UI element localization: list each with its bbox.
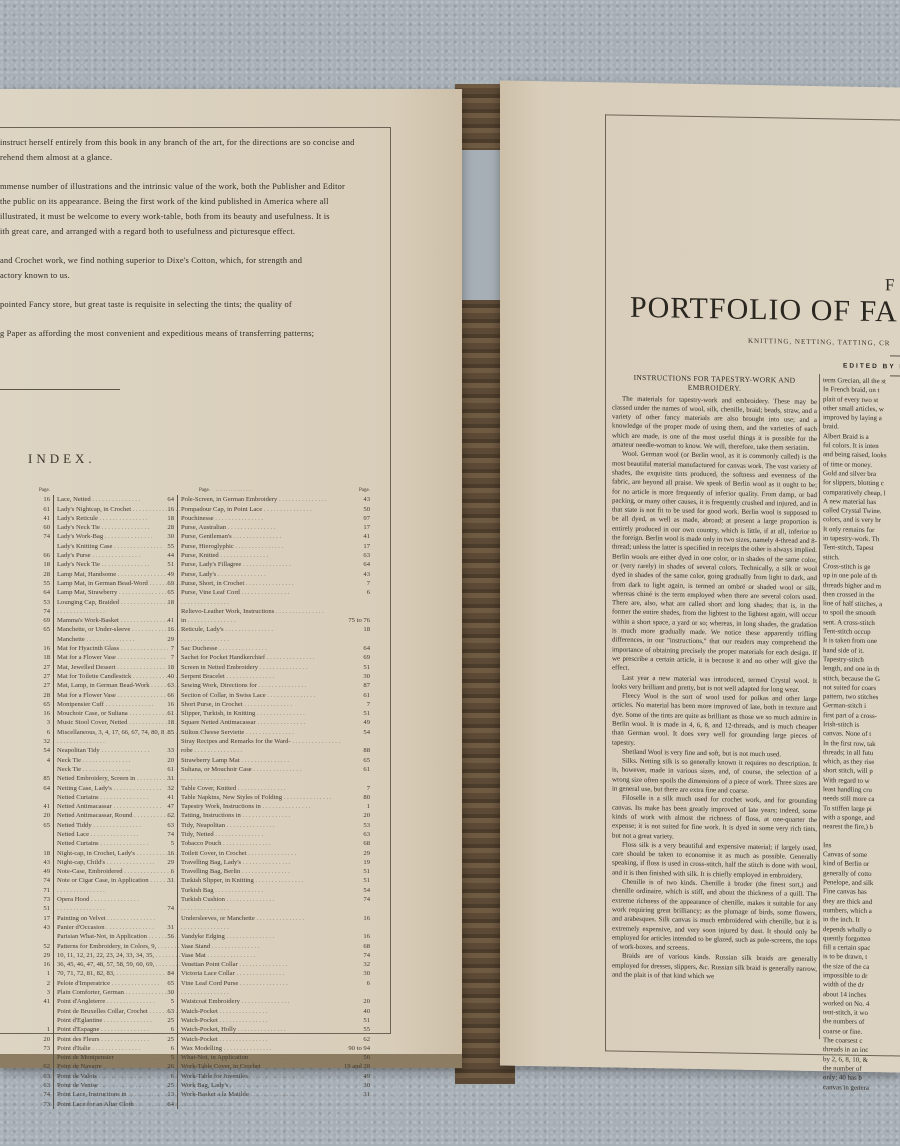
- page-number: 64: [0, 784, 53, 793]
- entry-title: Square Netted Antimacassar: [177, 718, 342, 727]
- page-number: 74: [0, 532, 53, 541]
- page-number: [160, 886, 177, 895]
- entry-title: Slipper, Turkish, in Knitting: [177, 709, 342, 718]
- entry-title: Tatting, Instructions in: [177, 811, 342, 820]
- page-number: 51: [342, 867, 370, 876]
- index-entry: 85Stilton Cheese Serviette54: [160, 728, 370, 737]
- page-number: 73: [0, 1100, 53, 1109]
- page-number: 16: [0, 960, 53, 969]
- page-number: 25: [160, 1016, 177, 1025]
- page-number: 61: [342, 691, 370, 700]
- page-number: 62: [0, 1062, 53, 1071]
- index-entry: 62Tatting, Instructions in20: [160, 811, 370, 820]
- preface-line: mmense number of illustrations and the i…: [0, 180, 390, 194]
- index-entry: 6Wax Modelling90 to 94: [160, 1044, 370, 1053]
- entry-title: Reticule, Lady's: [177, 625, 342, 634]
- page-number: 18: [160, 663, 177, 672]
- page-number: 69: [342, 653, 370, 662]
- entry-title: Purse, Australian: [177, 523, 342, 532]
- index-entry: 6Work-Table for Juveniles49: [160, 1072, 370, 1081]
- page-number: 30: [160, 532, 177, 541]
- entry-title: Work-Table Cover, in Crochet: [177, 1062, 342, 1071]
- page-number: 16: [160, 849, 177, 858]
- index-entry: 31: [160, 774, 370, 783]
- preface-line: illustrated, it must be welcome to every…: [0, 210, 390, 224]
- article-column-1: INSTRUCTIONS FOR TAPESTRY-WORK AND EMBRO…: [612, 372, 817, 983]
- page-number: 4: [0, 756, 53, 765]
- page-number: 7: [342, 700, 370, 709]
- index-entry: 5What-Not, in Application56: [160, 1053, 370, 1062]
- page-number: 74: [160, 830, 177, 839]
- page-number: [160, 607, 177, 616]
- page-number: 66: [160, 691, 177, 700]
- entry-title: Victoria Lace Collar: [177, 969, 342, 978]
- entry-title: Travelling Bag, Berlin: [177, 867, 342, 876]
- entry-title: [177, 635, 342, 644]
- page-header: Page.: [342, 486, 370, 495]
- page-number: 41: [0, 802, 53, 811]
- article-column-2: term Grecian, all the stIn French braid,…: [823, 376, 900, 1094]
- page-number: 29: [160, 635, 177, 644]
- page-header: Page.: [0, 486, 53, 495]
- index-entry: 25Watch-Pocket51: [160, 1016, 370, 1025]
- index-entry: 49Purse, Lady's43: [160, 570, 370, 579]
- page-number: 68: [342, 942, 370, 951]
- article-paragraph: Floss silk is a very beautiful and expen…: [612, 840, 817, 881]
- page-number: 20: [160, 756, 177, 765]
- page-number: 74: [160, 904, 177, 913]
- page-number: 51: [342, 876, 370, 885]
- page-number: [0, 542, 53, 551]
- entry-title: Venetian Point Collar: [177, 960, 342, 969]
- page-number: 63: [160, 681, 177, 690]
- page-number: 64: [160, 495, 177, 504]
- page-number: 88: [342, 746, 370, 755]
- page-number: [342, 737, 370, 746]
- index-entry: 16Toilett Cover, in Crochet29: [160, 849, 370, 858]
- page-number: 29: [342, 849, 370, 858]
- entry-title: Purse, Knitted: [177, 551, 342, 560]
- page-number: 69: [0, 616, 53, 625]
- index-entry: 84Victoria Lace Collar30: [160, 969, 370, 978]
- page-number: [342, 607, 370, 616]
- page-number: 74: [0, 1090, 53, 1099]
- page-number: 6: [342, 588, 370, 597]
- index-entry: 56Vandyke Edging16: [160, 932, 370, 941]
- entry-title: Purse, Short, in Crochet: [177, 579, 342, 588]
- page-number: 80: [342, 793, 370, 802]
- entry-title: Relievo-Leather Work, Instructions: [177, 607, 342, 616]
- index-entry: 20Strawberry Lamp Mat65: [160, 756, 370, 765]
- preface-line: and Crochet work, we find nothing superi…: [0, 254, 390, 268]
- page-number: [160, 737, 177, 746]
- page-number: 29: [0, 951, 53, 960]
- column-rule: [819, 374, 820, 1039]
- article-paragraph: Chenille is of two kinds. Chenille à bro…: [612, 877, 817, 955]
- page-number: 19: [342, 858, 370, 867]
- page-number: 41: [342, 532, 370, 541]
- page-number: 55: [160, 542, 177, 551]
- index-entry: Venetian Point Collar32: [160, 960, 370, 969]
- page-number: [0, 793, 53, 802]
- page-number: 18: [342, 625, 370, 634]
- page-number: 62: [342, 1035, 370, 1044]
- index-entry: 29Travelling Bag, Lady's19: [160, 858, 370, 867]
- entry-title: Table Cover, Knitted: [177, 784, 342, 793]
- page-number: 55: [342, 1025, 370, 1034]
- page-number: 18: [0, 560, 53, 569]
- page-number: 54: [342, 886, 370, 895]
- page-number: 73: [0, 895, 53, 904]
- entry-title: Vine Leaf Cord Purse: [177, 979, 342, 988]
- page-number: [342, 598, 370, 607]
- page-number: 44: [160, 551, 177, 560]
- page-number: 49: [342, 718, 370, 727]
- page-number: 54: [0, 746, 53, 755]
- book-title: PORTFOLIO OF FA: [630, 291, 898, 330]
- page-number: 74: [0, 876, 53, 885]
- page-number: 16: [342, 914, 370, 923]
- page-number: [342, 923, 370, 932]
- page-number: [0, 1007, 53, 1016]
- page-number: 53: [0, 598, 53, 607]
- index-entry: 74: [160, 904, 370, 913]
- entry-title: Screen in Netted Embroidery: [177, 663, 342, 672]
- page-number: 18: [160, 514, 177, 523]
- entry-title: Watch-Pocket: [177, 1007, 342, 1016]
- page-number: [160, 960, 177, 969]
- page-number: [0, 1053, 53, 1062]
- page-number: [342, 904, 370, 913]
- index-entry: 25Work Bag, Lady's30: [160, 1081, 370, 1090]
- page-number: [342, 1100, 370, 1109]
- entry-title: What-Not, in Application: [177, 1053, 342, 1062]
- entry-title: Watch-Pocket: [177, 1035, 342, 1044]
- page-number: 17: [342, 542, 370, 551]
- entry-title: Watch-Pocket: [177, 1016, 342, 1025]
- index-entry: 7Sac Duchesse64: [160, 644, 370, 653]
- page-number: [0, 635, 53, 644]
- page-number: 41: [0, 997, 53, 1006]
- index-entry: 6Watch-Pocket, Holly55: [160, 1025, 370, 1034]
- page-number: 31: [160, 774, 177, 783]
- page-number: 32: [0, 737, 53, 746]
- page-number: 65: [0, 625, 53, 634]
- page-number: 28: [0, 570, 53, 579]
- page-number: 1: [0, 969, 53, 978]
- entry-title: Vase Mat: [177, 951, 342, 960]
- index-entry: 30Purse, Gentleman's41: [160, 532, 370, 541]
- entry-title: [177, 904, 342, 913]
- page-number: 5: [160, 839, 177, 848]
- entry-title: Turkish Slipper, in Knitting: [177, 876, 342, 885]
- page-number: 1: [0, 1025, 53, 1034]
- page-number: [0, 1016, 53, 1025]
- entry-title: Purse, Hieroglyphic: [177, 542, 342, 551]
- index-entry: 40Serpent Bracelet30: [160, 672, 370, 681]
- index-entry: 16Reticule, Lady's18: [160, 625, 370, 634]
- page-number: 85: [160, 728, 177, 737]
- page-number: 51: [160, 560, 177, 569]
- index-entry: 16Pompadour Cap, in Point Lace50: [160, 505, 370, 514]
- entry-title: Section of Collar, in Swiss Lace: [177, 691, 342, 700]
- entry-title: Vase Stand: [177, 942, 342, 951]
- page-number: 73: [0, 1044, 53, 1053]
- page-number: 49: [0, 867, 53, 876]
- entry-title: Short Purse, in Crochet: [177, 700, 342, 709]
- index-entry: 26Work-Table Cover, in Crochet19 and 28: [160, 1062, 370, 1071]
- index-entry: 55Purse, Hieroglyphic17: [160, 542, 370, 551]
- index-entry: 31Turkish Slipper, in Knitting51: [160, 876, 370, 885]
- entry-title: Purse, Gentleman's: [177, 532, 342, 541]
- entry-title: Work-Table for Juveniles: [177, 1072, 342, 1081]
- page-number: 17: [342, 523, 370, 532]
- page-number: 69: [160, 579, 177, 588]
- page-number: 85: [0, 774, 53, 783]
- index-column-2: Page.Page.64Pole-Screen, in German Embro…: [160, 486, 370, 1109]
- page-number: 6: [160, 867, 177, 876]
- page-number: 41: [160, 793, 177, 802]
- page-number: [160, 951, 177, 960]
- right-page: FRANK PORTFOLIO OF FA KNITTING, NETTING,…: [500, 81, 900, 1073]
- preface-line: rehend them almost at a glance.: [0, 151, 390, 165]
- page-number: 50: [342, 505, 370, 514]
- page-number: [0, 830, 53, 839]
- page-number: 55: [0, 579, 53, 588]
- page-number: 16: [160, 700, 177, 709]
- entry-title: Purse, Lady's: [177, 570, 342, 579]
- page-number: 16: [0, 495, 53, 504]
- entry-title: Watch-Pocket, Holly: [177, 1025, 342, 1034]
- article-paragraph: The materials for tapestry-work and embr…: [612, 394, 817, 453]
- index-entry: 64Pole-Screen, in German Embroidery43: [160, 495, 370, 504]
- divider-rule: [0, 389, 120, 390]
- entry-title: Tidy, Netted: [177, 830, 342, 839]
- page-number: 90 to 94: [342, 1044, 370, 1053]
- article-heading: INSTRUCTIONS FOR TAPESTRY-WORK AND EMBRO…: [612, 372, 817, 394]
- page-number: 28: [0, 691, 53, 700]
- index-entry: 33robe88: [160, 746, 370, 755]
- index-entry: Vase Mat74: [160, 951, 370, 960]
- entry-title: Serpent Bracelet: [177, 672, 342, 681]
- index-entry: 32Table Cover, Knitted7: [160, 784, 370, 793]
- page-number: 61: [160, 765, 177, 774]
- index-entry: 18Square Netted Antimacassar49: [160, 718, 370, 727]
- preface-line: the public on its appearance. Being the …: [0, 195, 390, 209]
- page-number: 27: [0, 663, 53, 672]
- page-number: 65: [0, 821, 53, 830]
- page-number: 74: [342, 951, 370, 960]
- entry-title: Pouchinesse: [177, 514, 342, 523]
- index-entry: 47Tapestry Work, Instructions in1: [160, 802, 370, 811]
- index-entry: 63Tidy, Neapolitan53: [160, 821, 370, 830]
- page-number: 20: [0, 811, 53, 820]
- page-number: 27: [0, 672, 53, 681]
- page-number: 32: [342, 960, 370, 969]
- index-entry: 31: [160, 923, 370, 932]
- page-number: 52: [0, 942, 53, 951]
- page-number: 6: [160, 1072, 177, 1081]
- page-number: 84: [160, 969, 177, 978]
- index-entry: 18Screen in Netted Embroidery51: [160, 663, 370, 672]
- index-entry: 65Purse, Vine Leaf Cord6: [160, 588, 370, 597]
- entry-title: Tapestry Work, Instructions in: [177, 802, 342, 811]
- index-entry: 51Purse, Lady's Fillagree64: [160, 560, 370, 569]
- article-paragraph: Braids are of various kinds. Russian sil…: [612, 952, 817, 983]
- page-number: 64: [342, 560, 370, 569]
- index-entry: Stray Recipes and Remarks for the Ward-: [160, 737, 370, 746]
- page-number: 65: [160, 588, 177, 597]
- page-number: 51: [342, 663, 370, 672]
- index-entry: 44Purse, Knitted63: [160, 551, 370, 560]
- page-number: 41: [160, 616, 177, 625]
- index-entry: Relievo-Leather Work, Instructions: [160, 607, 370, 616]
- page-number: 71: [0, 886, 53, 895]
- page-number: 6: [0, 728, 53, 737]
- page-number: [0, 765, 53, 774]
- entry-title: Purse, Lady's Fillagree: [177, 560, 342, 569]
- page-number: [160, 895, 177, 904]
- preface-line: g Paper as affording the most convenient…: [0, 327, 390, 341]
- preface-line: ith great care, and arranged with a rega…: [0, 225, 390, 239]
- page-number: 18: [0, 653, 53, 662]
- index-entry: 61Sultana, or Mouchoir Case61: [160, 765, 370, 774]
- page-number: 65: [0, 700, 53, 709]
- entry-title: Stilton Cheese Serviette: [177, 728, 342, 737]
- page-number: 56: [160, 932, 177, 941]
- entry-title: Tobacco Pouch: [177, 839, 342, 848]
- page-number: 31: [160, 923, 177, 932]
- page-number: 61: [342, 765, 370, 774]
- page-number: 7: [342, 784, 370, 793]
- page-number: [160, 942, 177, 951]
- page-number: [0, 839, 53, 848]
- page-number: 97: [342, 514, 370, 523]
- page-number: 51: [342, 1016, 370, 1025]
- preface-line: actory known to us.: [0, 269, 390, 283]
- page-number: 66: [0, 551, 53, 560]
- index-entry: 25Watch-Pocket62: [160, 1035, 370, 1044]
- page-header: Page.: [160, 486, 213, 495]
- index-entry: 69Purse, Short, in Crochet7: [160, 579, 370, 588]
- entry-title: Undersleeves, or Manchette: [177, 914, 342, 923]
- page-number: 64: [160, 1100, 177, 1109]
- page-number: 16: [342, 932, 370, 941]
- entry-title: Wax Modelling: [177, 1044, 342, 1053]
- index-entry: 63Watch-Pocket40: [160, 1007, 370, 1016]
- page-number: 54: [342, 728, 370, 737]
- index-entry: 7Sachet for Pocket Handkerchief69: [160, 653, 370, 662]
- page-number: 49: [160, 570, 177, 579]
- edited-by: EDITED BY M: [843, 362, 900, 370]
- page-number: 30: [160, 988, 177, 997]
- index-entry: 18Pouchinesse97: [160, 514, 370, 523]
- index-entry: 18: [160, 598, 370, 607]
- page-number: 16: [0, 709, 53, 718]
- page-number: 18: [160, 598, 177, 607]
- page-number: 7: [160, 653, 177, 662]
- index-entry: 66Section of Collar, in Swiss Lace61: [160, 691, 370, 700]
- page-number: 53: [342, 821, 370, 830]
- index-entry: 13Work-Basket a la Matilde31: [160, 1090, 370, 1099]
- page-number: 6: [342, 979, 370, 988]
- entry-title: Sultana, or Mouchoir Case: [177, 765, 342, 774]
- article-paragraph: Silks. Netting silk is so generally know…: [612, 757, 817, 798]
- page-number: 65: [342, 756, 370, 765]
- page-number: 87: [342, 681, 370, 690]
- page-number: 63: [0, 1081, 53, 1090]
- entry-title: [177, 598, 342, 607]
- entry-title: in: [177, 616, 342, 625]
- preface-line: instruct herself entirely from this book…: [0, 136, 390, 150]
- entry-title: Purse, Vine Leaf Cord: [177, 588, 342, 597]
- page-number: 74: [342, 895, 370, 904]
- entry-title: [177, 1100, 342, 1109]
- page-number: 40: [160, 672, 177, 681]
- entry-title: Turkish Bag: [177, 886, 342, 895]
- page-number: 63: [342, 551, 370, 560]
- page-number: [0, 932, 53, 941]
- entry-title: Waistcoat Embroidery: [177, 997, 342, 1006]
- page-number: 7: [160, 644, 177, 653]
- page-number: 20: [342, 997, 370, 1006]
- article-line: canvas in genera: [823, 1083, 900, 1094]
- entry-title: Toilett Cover, in Crochet: [177, 849, 342, 858]
- entry-title: Strawberry Lamp Mat: [177, 756, 342, 765]
- page-number: 28: [160, 523, 177, 532]
- page-number: 3: [0, 718, 53, 727]
- page-number: 5: [160, 1053, 177, 1062]
- page-number: 65: [160, 979, 177, 988]
- page-number: 43: [342, 570, 370, 579]
- page-number: 13: [160, 1090, 177, 1099]
- entry-title: Sewing Work, Directions for: [177, 681, 342, 690]
- entry-title: Table Napkins, New Styles of Folding: [177, 793, 342, 802]
- page-number: 1: [342, 802, 370, 811]
- index-entry: Undersleeves, or Manchette16: [160, 914, 370, 923]
- page-number: 63: [342, 830, 370, 839]
- page-number: 74: [0, 607, 53, 616]
- page-number: 49: [342, 1072, 370, 1081]
- entry-title: Work Bag, Lady's: [177, 1081, 342, 1090]
- entry-title: Work-Basket a la Matilde: [177, 1090, 342, 1099]
- page-number: 17: [0, 914, 53, 923]
- page-number: 61: [160, 709, 177, 718]
- index-entry: 30: [160, 988, 370, 997]
- page-number: 19 and 28: [342, 1062, 370, 1071]
- index-entry: 74Tidy, Netted63: [160, 830, 370, 839]
- entry-title: Sachet for Pocket Handkerchief: [177, 653, 342, 662]
- entry-title: Tidy, Neapolitan: [177, 821, 342, 830]
- page-number: 51: [0, 904, 53, 913]
- entry-title: Pompadour Cap, in Point Lace: [177, 505, 342, 514]
- page-number: 5: [160, 997, 177, 1006]
- page-number: 75 to 76: [342, 616, 370, 625]
- page-number: 62: [160, 811, 177, 820]
- entry-title: Stray Recipes and Remarks for the Ward-: [177, 737, 342, 746]
- page-number: [342, 774, 370, 783]
- article-line: nearest the fire,) b: [823, 822, 900, 833]
- index-entry: 41in75 to 76: [160, 616, 370, 625]
- index-entry: 29: [160, 635, 370, 644]
- left-page: instruct herself entirely from this book…: [0, 89, 462, 1068]
- page-number: [342, 635, 370, 644]
- page-number: 29: [160, 858, 177, 867]
- index-entry: 63Sewing Work, Directions for87: [160, 681, 370, 690]
- page-number: 32: [160, 784, 177, 793]
- index-entry: 64: [160, 1100, 370, 1109]
- page-number: 20: [0, 1035, 53, 1044]
